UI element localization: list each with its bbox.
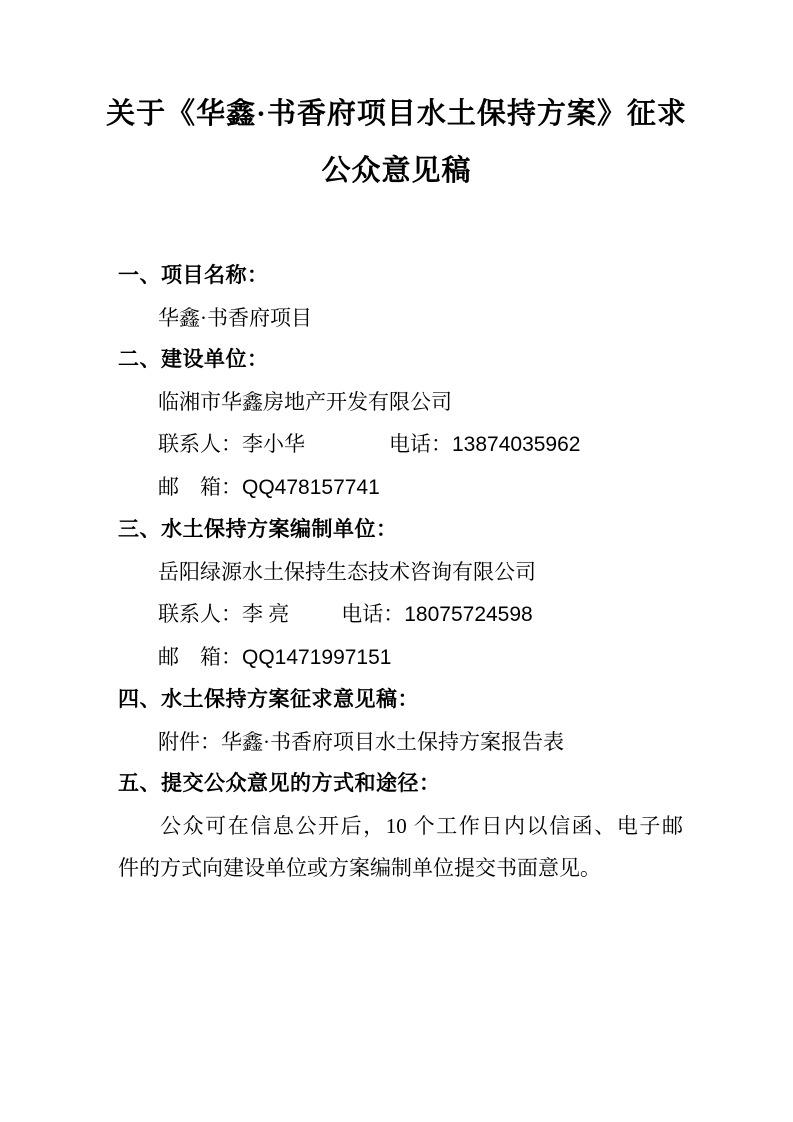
document-page: 关于《华鑫·书香府项目水土保持方案》征求 公众意见稿 一、项目名称： 华鑫·书香… xyxy=(0,0,793,1122)
section3-contact-name: 李 亮 xyxy=(242,593,289,635)
section3-mail-value: QQ1471997151 xyxy=(242,646,391,669)
section5-paragraph-line-2: 件的方式向建设单位或方案编制单位提交书面意见。 xyxy=(118,847,683,889)
section3-company: 岳阳绿源水土保持生态技术咨询有限公司 xyxy=(118,551,683,593)
section2-mail-row: 邮 箱：QQ478157741 xyxy=(118,466,683,509)
section3-phone-group: 电话：18075724598 xyxy=(341,593,532,636)
section2-mail-label: 邮 箱： xyxy=(158,475,242,499)
section2-phone-number: 13874035962 xyxy=(452,433,580,456)
section2-contact-label: 联系人： xyxy=(158,423,242,465)
section3-contact-row: 联系人：李 亮 电话：18075724598 xyxy=(118,593,683,636)
section3-mail-label: 邮 箱： xyxy=(158,645,242,669)
section2-heading: 二、建设单位： xyxy=(118,339,683,381)
document-body: 一、项目名称： 华鑫·书香府项目 二、建设单位： 临湘市华鑫房地产开发有限公司 … xyxy=(0,255,793,889)
section1-project-name: 华鑫·书香府项目 xyxy=(118,297,683,339)
section2-mail-value: QQ478157741 xyxy=(242,476,380,499)
section3-mail-row: 邮 箱：QQ1471997151 xyxy=(118,636,683,679)
section2-company: 临湘市华鑫房地产开发有限公司 xyxy=(118,381,683,423)
section2-phone-label: 电话： xyxy=(389,432,452,456)
section1-heading: 一、项目名称： xyxy=(118,255,683,297)
section3-phone-number: 18075724598 xyxy=(404,603,532,626)
section5-heading: 五、提交公众意见的方式和途径： xyxy=(118,763,683,805)
title-line-1: 关于《华鑫·书香府项目水土保持方案》征求 xyxy=(0,86,793,143)
section3-heading: 三、水土保持方案编制单位： xyxy=(118,509,683,551)
section3-phone-label: 电话： xyxy=(341,602,404,626)
section2-contact-row: 联系人：李小华 电话：13874035962 xyxy=(118,423,683,466)
section3-contact-label: 联系人： xyxy=(158,593,242,635)
document-title: 关于《华鑫·书香府项目水土保持方案》征求 公众意见稿 xyxy=(0,0,793,200)
section2-contact-name: 李小华 xyxy=(242,423,305,465)
section4-heading: 四、水土保持方案征求意见稿： xyxy=(118,679,683,721)
title-line-2: 公众意见稿 xyxy=(0,143,793,200)
section4-attachment: 附件：华鑫·书香府项目水土保持方案报告表 xyxy=(118,721,683,763)
section2-phone-group: 电话：13874035962 xyxy=(389,423,580,466)
section5-paragraph-line-1: 公众可在信息公开后，10 个工作日内以信函、电子邮 xyxy=(118,805,683,847)
